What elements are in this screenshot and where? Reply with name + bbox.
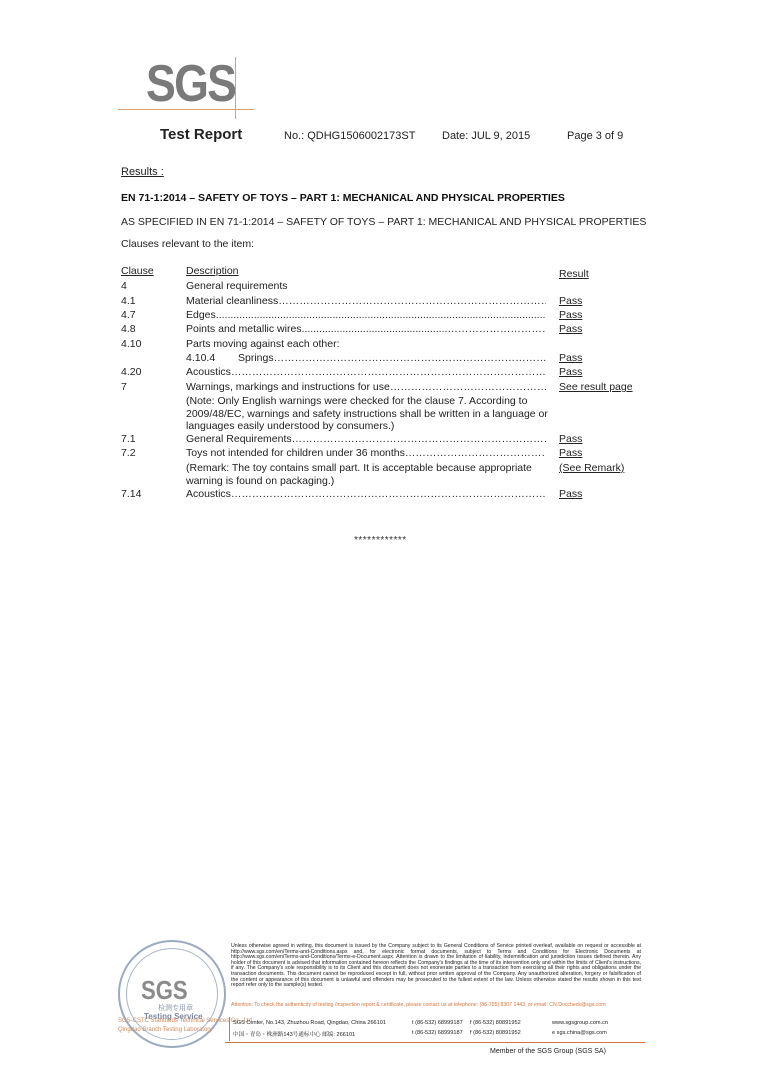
logo-vertical-rule bbox=[235, 57, 236, 119]
clause-number: 4 bbox=[121, 280, 127, 293]
address-chinese: 中国・青岛・株洲路143号通标中心 邮编: 266101 bbox=[233, 1030, 355, 1038]
page-indicator: Page 3 of 9 bbox=[567, 130, 623, 142]
clause-description: Material cleanliness……………………………………………………… bbox=[186, 295, 546, 308]
clause-number: 4.7 bbox=[121, 309, 136, 322]
fax-chinese: f (86-532) 80891952 bbox=[470, 1030, 521, 1036]
column-header-clause: Clause bbox=[121, 265, 154, 277]
clause-number: 7.14 bbox=[121, 488, 141, 501]
clause-number: 4.10 bbox=[121, 338, 141, 351]
sgs-logo: SGS bbox=[146, 54, 235, 114]
phone-english: t (86-532) 68999187 bbox=[412, 1020, 463, 1026]
clause-description: General Requirements……………………………………………………… bbox=[186, 433, 546, 446]
clause-result: (See Remark) bbox=[559, 462, 624, 475]
standard-title: EN 71-1:2014 – SAFETY OF TOYS – PART 1: … bbox=[121, 192, 565, 204]
clause-description: Parts moving against each other: bbox=[186, 338, 546, 351]
sub-clause: 4.10.4Springs………………………………………………………………………… bbox=[186, 352, 546, 365]
clause-description: Edges...................................… bbox=[186, 309, 546, 322]
clause-number: 7 bbox=[121, 381, 127, 394]
clause-description: Warnings, markings and instructions for … bbox=[186, 381, 546, 394]
address-english: SGS Center, No.143, Zhuzhou Road, Qingda… bbox=[233, 1020, 386, 1026]
standard-specification: AS SPECIFIED IN EN 71-1:2014 – SAFETY OF… bbox=[121, 216, 646, 228]
clause-number: 4.8 bbox=[121, 323, 136, 336]
clause-number: 7.2 bbox=[121, 447, 136, 460]
footer-divider bbox=[225, 1042, 645, 1043]
clause-number: 7.1 bbox=[121, 433, 136, 446]
column-header-description: Description bbox=[186, 265, 239, 277]
clause-result: Pass bbox=[559, 309, 582, 322]
end-of-results-marker: ************ bbox=[354, 535, 407, 546]
report-date: Date: JUL 9, 2015 bbox=[442, 130, 530, 142]
sgs-membership-line: Member of the SGS Group (SGS SA) bbox=[490, 1048, 606, 1055]
clause-note: (Note: Only English warnings were checke… bbox=[186, 395, 556, 433]
sub-clause-number: 4.10.4 bbox=[186, 352, 238, 365]
clause-result: Pass bbox=[559, 295, 582, 308]
clause-result: Pass bbox=[559, 433, 582, 446]
stamp-branch-line: Qingdao Branch Testing Laboratory bbox=[118, 1027, 212, 1033]
stamp-logo: SGS bbox=[141, 975, 188, 1006]
clause-description: General requirements bbox=[186, 280, 546, 293]
phone-chinese: t (86-532) 68999187 bbox=[412, 1030, 463, 1036]
clause-description: Acoustics…………………………………………………………………………………… bbox=[186, 488, 546, 501]
clause-result: See result page bbox=[559, 381, 633, 394]
clause-result: Pass bbox=[559, 323, 582, 336]
legal-disclaimer: Unless otherwise agreed in writing, this… bbox=[231, 944, 641, 989]
website-link[interactable]: www.sgsgroup.com.cn bbox=[552, 1020, 608, 1026]
clause-result: Pass bbox=[559, 447, 582, 460]
clause-result: Pass bbox=[559, 366, 582, 379]
report-title: Test Report bbox=[160, 126, 242, 143]
logo-horizontal-rule bbox=[118, 109, 254, 110]
column-header-result: Result bbox=[559, 268, 589, 280]
clause-description: Points and metallic wires...............… bbox=[186, 323, 546, 336]
clause-description: Springs………………………………………………………………………………………… bbox=[238, 352, 546, 364]
fax-english: f (86-532) 80891952 bbox=[470, 1020, 521, 1026]
authenticity-notice: Attention: To check the authenticity of … bbox=[231, 1002, 641, 1008]
clause-number: 4.20 bbox=[121, 366, 141, 379]
address-divider bbox=[229, 1017, 230, 1041]
email-link[interactable]: e sgs.china@sgs.com bbox=[552, 1030, 607, 1036]
clause-number: 4.1 bbox=[121, 295, 136, 308]
clause-result: Pass bbox=[559, 352, 582, 365]
clause-description: Acoustics…………………………………………………………………………………… bbox=[186, 366, 546, 379]
results-heading: Results : bbox=[121, 166, 164, 178]
report-number: No.: QDHG1506002173ST bbox=[284, 130, 415, 142]
clause-result: Pass bbox=[559, 488, 582, 501]
clause-description: Toys not intended for children under 36 … bbox=[186, 447, 546, 460]
clause-remark: (Remark: The toy contains small part. It… bbox=[186, 462, 546, 487]
clauses-label: Clauses relevant to the item: bbox=[121, 238, 254, 250]
